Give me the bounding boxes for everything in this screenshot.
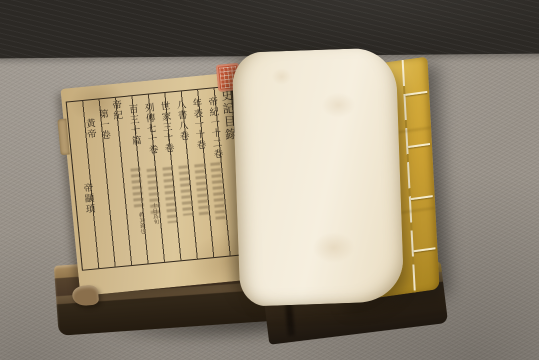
stitch-icon [414, 247, 436, 252]
toc-second-entry: 帝顓頊 [82, 183, 94, 215]
section-heading: 帝紀 [110, 99, 121, 121]
blank-turned-page [232, 47, 405, 307]
photograph-ancient-chinese-book: 史記目錄 帝紀一十二卷 年表一十卷 八書八卷 世家三十卷 列傳七十卷 百三十篇 … [0, 0, 539, 360]
volume-label: 第一卷 [97, 109, 109, 141]
stitch-icon [408, 143, 430, 148]
dark-background-wall [0, 0, 539, 58]
stitch-icon [405, 91, 427, 96]
table-of-contents-page: 史記目錄 帝紀一十二卷 年表一十卷 八書八卷 世家三十卷 列傳七十卷 百三十篇 … [60, 72, 257, 296]
stitch-icon [411, 195, 433, 200]
toc-first-entry: 黃帝 [84, 118, 95, 140]
